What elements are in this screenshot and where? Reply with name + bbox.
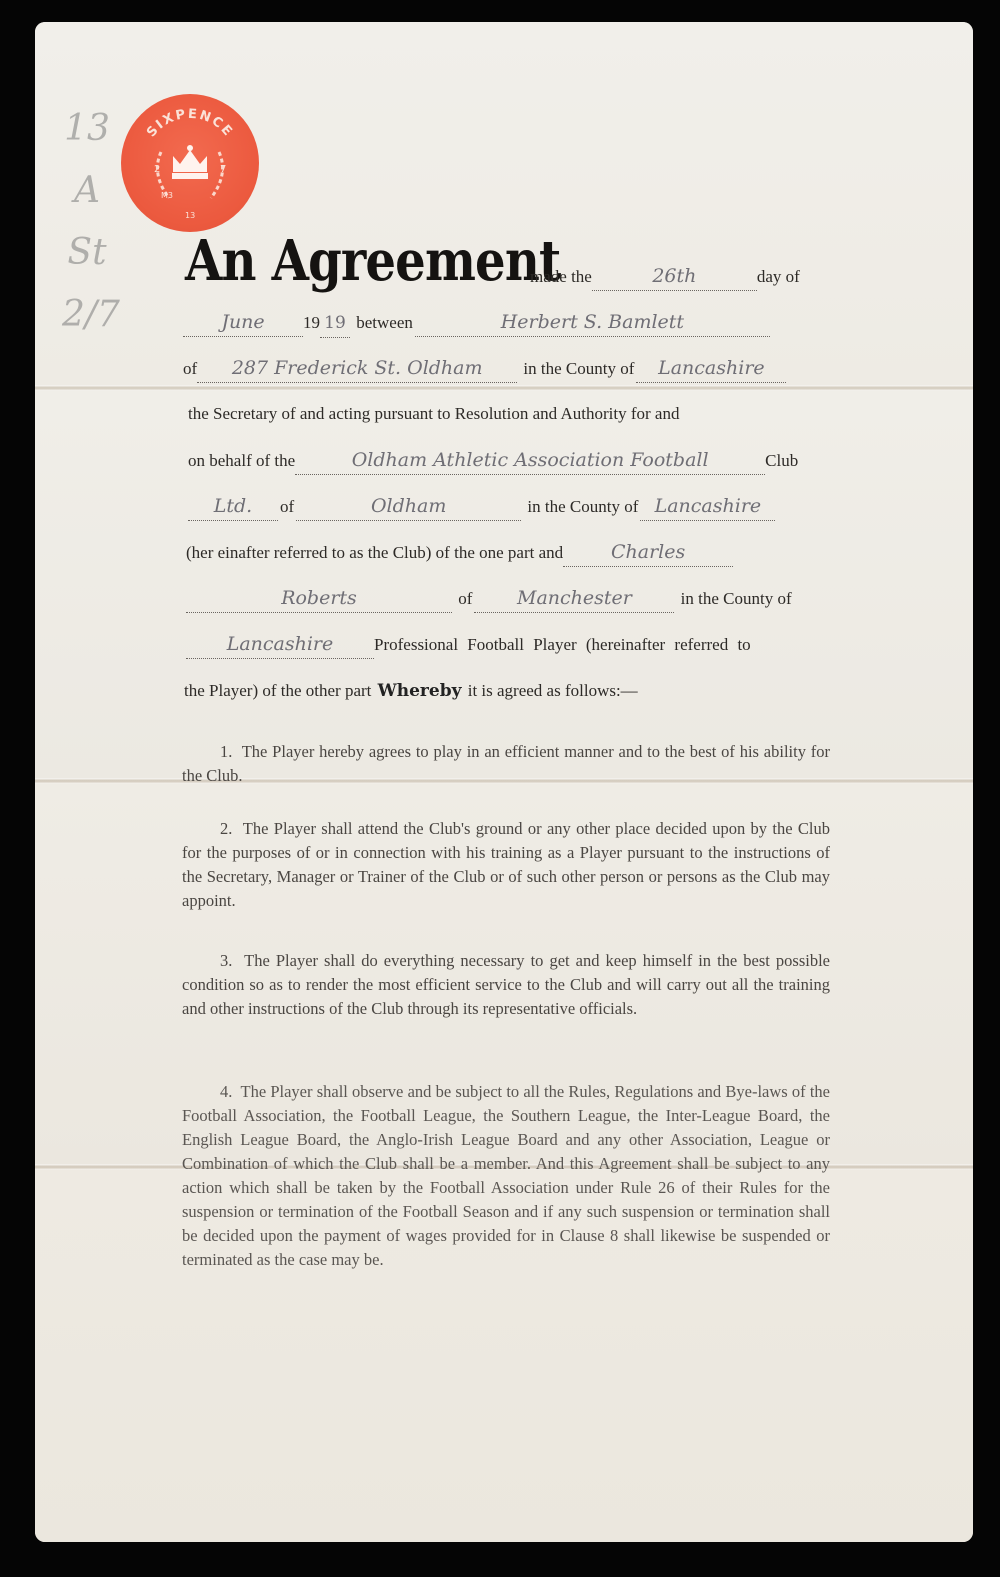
sixpence-stamp: SIXPENCE 2 7 M3 13 xyxy=(121,94,259,232)
svg-text:2: 2 xyxy=(154,164,160,175)
year-prefix: 19 xyxy=(303,313,320,333)
page-title: An Agreement xyxy=(185,228,560,294)
svg-text:SIXPENCE: SIXPENCE xyxy=(144,107,236,141)
clause-3: 3. The Player shall do everything necess… xyxy=(182,949,830,1021)
year-field: 19 xyxy=(320,313,350,338)
label: in the County of xyxy=(521,359,636,379)
player-surname-field: Roberts xyxy=(186,588,452,613)
clause-number: 2. xyxy=(220,819,232,838)
svg-text:M3: M3 xyxy=(161,191,173,200)
secretary-address-field: 287 Frederick St. Oldham xyxy=(197,358,517,383)
label: made the xyxy=(530,267,592,287)
svg-text:13: 13 xyxy=(185,211,195,220)
pencil-note: 2/7 xyxy=(62,284,112,346)
player-first-name-field: Charles xyxy=(563,542,733,567)
clause-text: The Player shall attend the Club's groun… xyxy=(182,819,830,910)
label: on behalf of the xyxy=(188,451,295,471)
preamble-line-2: June1919 betweenHerbert S. Bamlett xyxy=(183,312,833,342)
player-town-field: Manchester xyxy=(474,588,674,613)
label: it is agreed as follows:— xyxy=(468,681,638,701)
secretary-county-field: Lancashire xyxy=(636,358,786,383)
preamble-line-7: (her einafter referred to as the Club) o… xyxy=(186,542,836,572)
day-field: 26th xyxy=(592,266,757,291)
label: of xyxy=(456,589,474,609)
paper-panel-2 xyxy=(35,388,973,781)
clause-text: The Player hereby agrees to play in an e… xyxy=(182,742,830,785)
label: of xyxy=(183,359,197,379)
pencil-note: A xyxy=(62,160,112,222)
clause-2: 2. The Player shall attend the Club's gr… xyxy=(182,817,830,913)
club-suffix-field: Ltd. xyxy=(188,496,278,521)
clause-4: 4. The Player shall observe and be subje… xyxy=(182,1080,830,1272)
label: (her einafter referred to as the Club) o… xyxy=(186,543,563,563)
margin-pencil-notes: 13 A St 2/7 xyxy=(62,98,112,418)
club-county-field: Lancashire xyxy=(640,496,775,521)
secretary-name-field: Herbert S. Bamlett xyxy=(415,312,770,337)
preamble-line-6: Ltd.ofOldham in the County ofLancashire xyxy=(188,496,838,526)
clause-text: The Player shall do everything necessary… xyxy=(182,951,830,1018)
clause-text: The Player shall observe and be subject … xyxy=(182,1082,830,1269)
month-field: June xyxy=(183,312,303,337)
clause-number: 1. xyxy=(220,742,232,761)
label: the Player) of the other part xyxy=(184,681,371,701)
preamble-line-1: made the26thday of xyxy=(530,266,835,296)
preamble-line-9: LancashireProfessional Football Player (… xyxy=(186,634,836,664)
preamble-line-10: the Player) of the other part Whereby it… xyxy=(184,681,834,711)
preamble-line-5: on behalf of theOldham Athletic Associat… xyxy=(188,450,838,480)
label: of xyxy=(278,497,296,517)
pencil-note: St xyxy=(62,222,112,284)
clause-1: 1. The Player hereby agrees to play in a… xyxy=(182,740,830,788)
club-town-field: Oldham xyxy=(296,496,521,521)
label: in the County of xyxy=(679,589,794,609)
svg-text:7: 7 xyxy=(220,164,226,175)
preamble-line-3: of287 Frederick St. Oldham in the County… xyxy=(183,358,833,388)
preamble-line-4: the Secretary of and acting pursuant to … xyxy=(188,404,838,434)
pencil-note: 13 xyxy=(62,98,112,160)
player-county-field: Lancashire xyxy=(186,634,374,659)
club-name-field: Oldham Athletic Association Football xyxy=(295,450,765,475)
clause-number: 3. xyxy=(220,951,232,970)
clause-number: 4. xyxy=(220,1082,232,1101)
whereby-heading: Whereby xyxy=(376,681,464,701)
preamble-line-8: Roberts ofManchester in the County of xyxy=(186,588,836,618)
label: Professional Football Player (hereinafte… xyxy=(374,635,751,655)
label: day of xyxy=(757,267,800,287)
label: Club xyxy=(765,451,798,471)
crown-icon: SIXPENCE 2 7 M3 13 xyxy=(121,94,259,232)
label: between xyxy=(354,313,415,333)
label: in the County of xyxy=(525,497,640,517)
